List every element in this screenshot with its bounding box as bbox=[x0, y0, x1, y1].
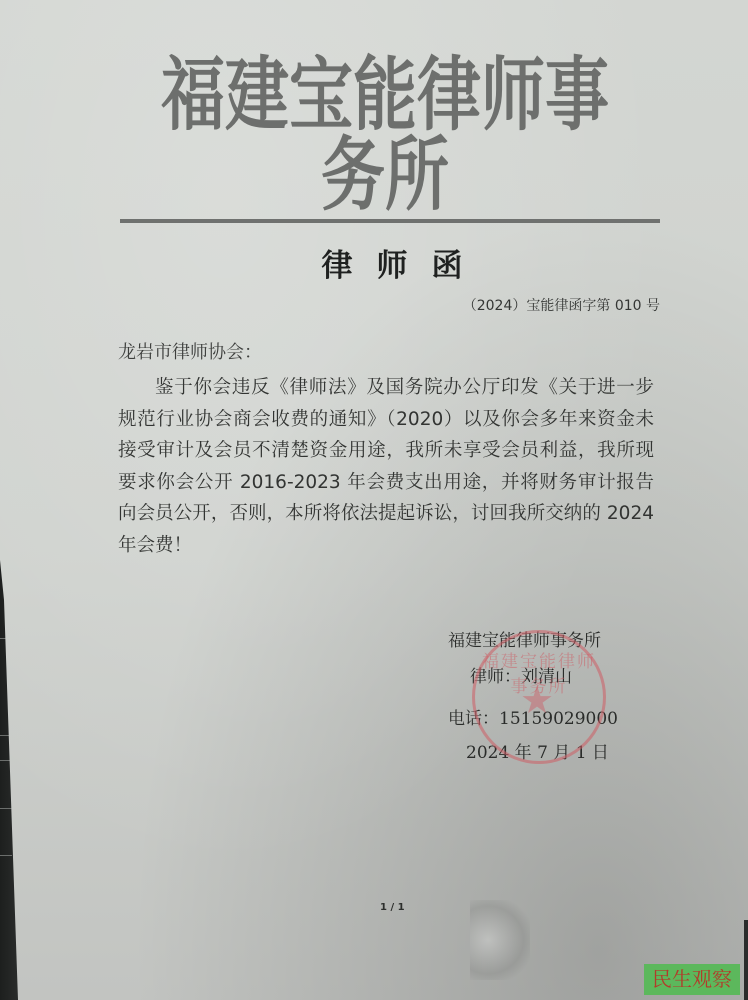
page-number: 1 / 1 bbox=[380, 902, 405, 913]
letterhead: 福建宝能律师事务所 bbox=[130, 56, 640, 216]
edge-mark bbox=[0, 808, 12, 809]
header-rule bbox=[120, 219, 660, 223]
signature-phone: 电话：15159029000 bbox=[448, 704, 618, 729]
letter-body: 鉴于你会违反《律师法》及国务院办公厅印发《关于进一步规范行业协会商会收费的通知》… bbox=[118, 372, 654, 561]
reference-number: （2024）宝能律函字第 010 号 bbox=[463, 295, 660, 315]
source-watermark: 民生观察 bbox=[644, 964, 740, 995]
signature-date: 2024 年 7 月 1 日 bbox=[466, 738, 609, 763]
edge-mark bbox=[0, 855, 12, 856]
paper-fold-shadow bbox=[470, 900, 530, 980]
letter-paper: 福建宝能律师事务所 律师函 （2024）宝能律函字第 010 号 龙岩市律师协会… bbox=[0, 0, 748, 1000]
background-surface-edge-right bbox=[744, 920, 748, 1000]
document-title: 律师函 bbox=[100, 240, 684, 285]
salutation: 龙岩市律师协会： bbox=[118, 338, 262, 364]
signature-organization: 福建宝能律师事务所 bbox=[448, 626, 601, 651]
signature-lawyer: 律师：刘清山 bbox=[470, 662, 572, 687]
